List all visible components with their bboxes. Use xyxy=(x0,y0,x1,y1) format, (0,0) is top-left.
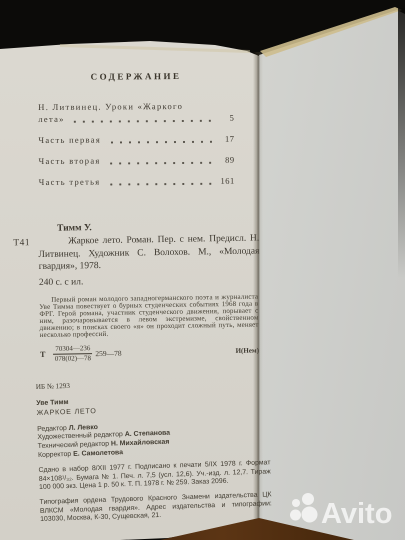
staff-role: Корректор xyxy=(38,450,71,458)
catalog-fraction: 70304—236 078(02)—78 xyxy=(53,344,92,364)
toc-entry-text: Часть вторая xyxy=(39,155,101,167)
avito-watermark: Avito xyxy=(285,488,395,532)
catalog-classification: И(Нем) xyxy=(236,347,260,355)
toc-entry-text: Н. Литвинец. Уроки «Жаркого xyxy=(38,100,183,113)
toc-page-number: 161 xyxy=(217,175,235,187)
toc-entry-line: Часть первая 17 xyxy=(38,133,234,146)
catalog-formula: Т 70304—236 078(02)—78 259—78 И(Нем) xyxy=(40,341,261,363)
toc-entry-line: лета» 5 xyxy=(38,112,234,125)
toc-entry-text: лета» xyxy=(38,113,64,125)
toc-page-number: 89 xyxy=(217,154,235,166)
toc-page-number: 5 xyxy=(216,112,234,124)
toc-entry-line: Часть третья 161 xyxy=(39,175,235,188)
card-description: Жаркое лето. Роман. Пер. с нем. Предисл.… xyxy=(38,233,260,274)
catalog-denominator: 078(02)—78 xyxy=(53,354,92,364)
table-of-contents: СОДЕРЖАНИЕ Н. Литвинец. Уроки «Жаркого л… xyxy=(38,71,235,188)
catalog-card: Т41 Тимм У. Жаркое лето. Роман. Пер. с н… xyxy=(38,221,261,364)
ib-number: ИБ № 1293 xyxy=(36,375,268,391)
catalog-numerator: 70304—236 xyxy=(53,344,92,355)
left-page-content: СОДЕРЖАНИЕ Н. Литвинец. Уроки «Жаркого л… xyxy=(0,0,405,540)
catalog-suffix: 259—78 xyxy=(95,348,121,357)
contents-header: СОДЕРЖАНИЕ xyxy=(38,71,234,82)
catalog-index-code: Т41 xyxy=(13,238,30,248)
catalog-letter: Т xyxy=(40,349,45,358)
book-photo: СОДЕРЖАНИЕ Н. Литвинец. Уроки «Жаркого л… xyxy=(0,0,405,540)
card-annotation: Первый роман молодого западногерманского… xyxy=(39,293,259,338)
dot-leader xyxy=(107,156,213,166)
contents-rows: Н. Литвинец. Уроки «Жаркого лета» 5 Част… xyxy=(38,100,235,188)
card-pages-info: 240 с. с ил. xyxy=(39,274,260,287)
avito-watermark-text: Avito xyxy=(321,498,392,530)
staff-name: Л. Левко xyxy=(69,424,98,432)
toc-page-number: 17 xyxy=(216,133,234,145)
dot-leader xyxy=(107,135,213,145)
printer-info: Типография ордена Трудового Красного Зна… xyxy=(39,491,272,524)
toc-entry-text: Часть первая xyxy=(38,134,101,146)
imprint-block: ИБ № 1293 Уве Тимм ЖАРКОЕ ЛЕТО Редактор … xyxy=(36,375,273,524)
staff-name: Е. Самолетова xyxy=(73,449,123,458)
staff-role: Редактор xyxy=(37,425,67,433)
staff-name: Н. Михайловская xyxy=(111,439,170,448)
dot-leader xyxy=(71,114,213,124)
toc-entry-line: Часть вторая 89 xyxy=(39,154,235,167)
staff-list: Редактор Л. Левко Художественный редакто… xyxy=(37,418,270,460)
dot-leader xyxy=(106,177,212,187)
avito-logo-icon xyxy=(290,493,318,523)
staff-name: А. Степанова xyxy=(125,430,171,438)
card-author-heading: Тимм У. xyxy=(57,221,259,234)
print-info: Сдано в набор 8/XII 1977 г. Подписано к … xyxy=(38,459,271,492)
toc-entry-text: Часть третья xyxy=(39,176,101,188)
